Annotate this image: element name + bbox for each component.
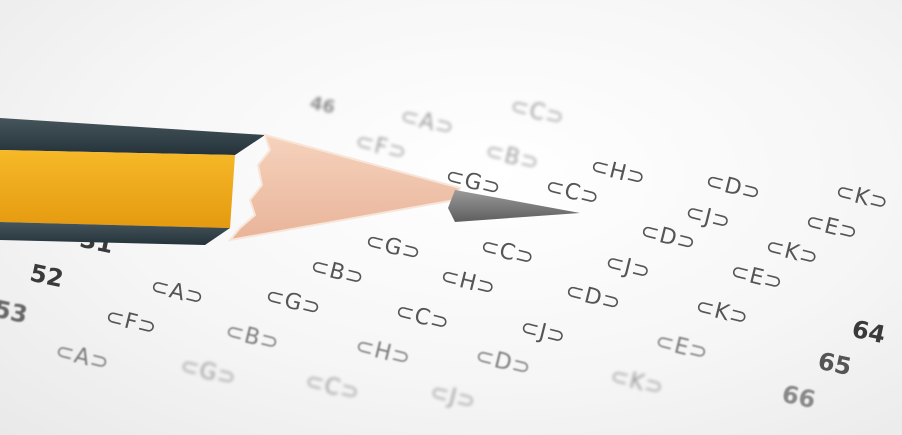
answer-sheet-photo: ⊂A⊃⊂F⊃⊂A⊃⊂B⊃⊂G⊃⊂B⊃⊂G⊃⊂G⊃⊂H⊃⊂C⊃⊂H⊃⊂C⊃⊂C⊃⊂… <box>0 0 902 435</box>
pencil-icon <box>0 0 902 435</box>
